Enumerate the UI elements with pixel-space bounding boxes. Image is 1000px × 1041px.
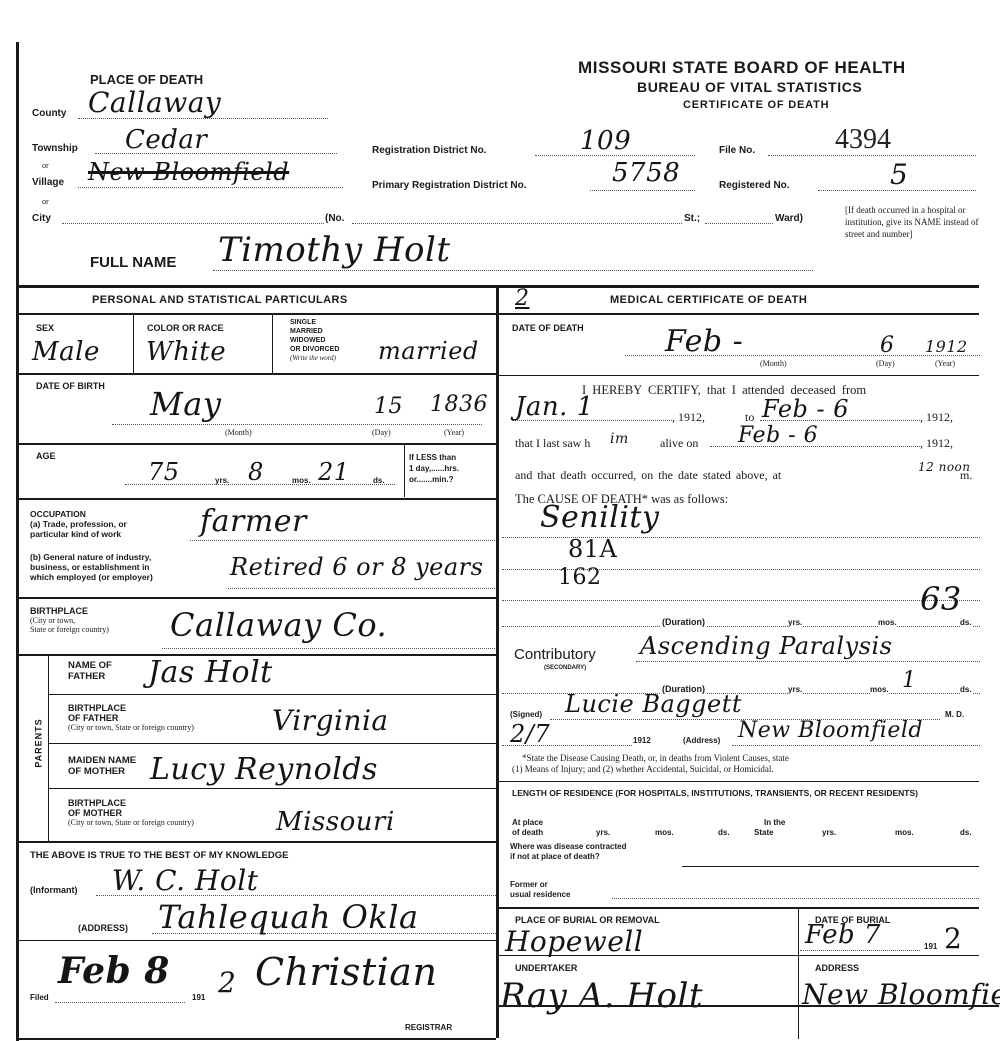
age-ds-label: ds. [373,476,385,485]
signed-address-label: (Address) [683,736,720,745]
at-place-labels: At place of death [512,818,543,838]
attended-from-year: , 1912, [672,410,705,425]
occupation-a-value[interactable]: farmer [200,504,307,539]
mother-birthplace-labels: BIRTHPLACE OF MOTHER (City or town, Stat… [68,798,194,828]
in-state-ds: ds. [960,828,972,837]
registration-district-value[interactable]: 109 [580,126,631,156]
father-labels: NAME OF FATHER [68,660,112,682]
birthplace-label: BIRTHPLACE [30,607,109,616]
less-than-line-1: If LESS than [409,452,459,463]
file-no-value[interactable]: 4394 [835,124,891,156]
dob-month-caption: (Month) [225,428,252,437]
or-label-1: or [42,161,49,170]
street-st-label: St.; [684,213,700,224]
in-state-label-2: State [754,828,785,838]
last-saw-year: , 1912, [920,436,953,451]
row-divider-1 [19,373,496,375]
village-label: Village [32,177,64,188]
dob-line [112,424,482,425]
township-value[interactable]: Cedar [125,125,207,155]
medical-title-divider [499,313,979,315]
township-label: Township [32,143,78,154]
burial-place-label: PLACE OF BURIAL OR REMOVAL [515,915,660,925]
row-divider-9 [19,841,496,843]
occupation-b-value[interactable]: Retired 6 or 8 years [230,553,483,581]
signed-date-value[interactable]: 2/7 [510,720,550,748]
ward-line [705,223,773,224]
medical-row-divider-1 [499,375,979,376]
row-divider-6 [48,694,496,695]
former-residence-labels: Former or usual residence [510,880,570,900]
county-value[interactable]: Callaway [88,86,221,119]
race-value[interactable]: White [146,337,226,367]
mother-birthplace-value[interactable]: Missouri [276,807,395,837]
contracted-labels: Where was disease contracted if not at p… [510,842,627,862]
place-of-death-heading: PLACE OF DEATH [90,72,203,87]
form-title: MISSOURI STATE BOARD OF HEALTH [578,58,906,78]
birthplace-sub-2: State or foreign country) [30,625,109,634]
bottom-divider-right [499,1005,999,1007]
burial-year-value[interactable]: 2 [944,922,962,955]
race-label: COLOR OR RACE [147,323,224,333]
md-label: M. D. [945,710,964,719]
cause-code-2[interactable]: 162 [558,565,602,590]
mother-bp-label-1: BIRTHPLACE [68,798,194,808]
burial-date-value[interactable]: Feb 7 [805,920,881,950]
row-divider-8 [48,788,496,789]
informant-address-label: (ADDRESS) [78,923,128,933]
birthplace-labels: BIRTHPLACE (City or town, State or forei… [30,607,109,634]
occupation-labels: OCCUPATION (a) Trade, profession, or par… [30,509,127,539]
mother-label-1: MAIDEN NAME [68,755,136,766]
undertaker-value[interactable]: Ray A. Holt [500,976,703,1016]
sex-race-divider [133,315,134,373]
filed-year-prefix: 191 [192,993,205,1002]
contracted-label-2: if not at place of death? [510,852,627,862]
at-place-label-2: of death [512,828,543,838]
father-value[interactable]: Jas Holt [148,655,273,690]
dob-day[interactable]: 15 [374,394,403,419]
age-years[interactable]: 75 [148,458,180,486]
occupation-a-line [190,540,495,541]
filed-year-value[interactable]: 2 [218,966,236,999]
parents-divider [48,656,49,841]
marital-single: SINGLE [290,318,339,327]
row-divider-10 [19,940,496,941]
parents-label: PARENTS [34,718,44,767]
occurred-suffix: m. [960,468,972,483]
hospital-note: [If death occurred in a hospital or inst… [845,204,980,240]
city-label: City [32,213,51,224]
attended-to-value[interactable]: Feb - 6 [762,395,849,423]
father-label-1: NAME OF [68,660,112,671]
dob-label: DATE OF BIRTH [36,381,105,391]
at-place-ds: ds. [718,828,730,837]
dob-month[interactable]: May [150,385,221,423]
burial-divider [798,909,799,1039]
contracted-label-1: Where was disease contracted [510,842,627,852]
occupation-b-label-1: (b) General nature of industry, [30,552,153,562]
form-name: CERTIFICATE OF DEATH [683,99,829,111]
signed-value[interactable]: Lucie Baggett [565,690,742,718]
contributory-label: Contributory [514,646,596,663]
city-line [62,223,324,224]
filed-date-value[interactable]: Feb 8 [58,950,170,992]
dod-label: DATE OF DEATH [512,323,584,333]
burial-place-value[interactable]: Hopewell [505,925,643,958]
at-place-yrs: yrs. [596,828,610,837]
left-border [16,42,19,1041]
county-label: County [32,108,66,119]
full-name-line [213,270,813,271]
marital-options: SINGLE MARRIED WIDOWED OR DIVORCED (Writ… [290,318,339,363]
duration-label: (Duration) [660,617,707,627]
personal-title-divider [19,313,496,315]
informant-address-value[interactable]: Tahlequah Okla [158,898,419,936]
occupation-label: OCCUPATION [30,509,127,519]
less-than-note: If LESS than 1 day,......hrs. or.......m… [409,452,459,485]
contributory-ds-label: ds. [960,685,972,694]
occupation-b-labels: (b) General nature of industry, business… [30,552,153,582]
mother-labels: MAIDEN NAME OF MOTHER [68,755,136,777]
father-bp-label-1: BIRTHPLACE [68,703,194,713]
marital-value[interactable]: married [378,337,479,365]
last-saw-pronoun[interactable]: im [610,431,629,447]
sex-value[interactable]: Male [32,337,100,367]
age-mos-label: mos. [292,476,311,485]
cause-line-3 [502,600,980,601]
signed-label: (Signed) [510,710,542,719]
contributory-line [636,661,980,662]
registrar-label: REGISTRAR [405,1023,452,1032]
cause-value[interactable]: Senility [540,500,659,535]
residence-title: LENGTH OF RESIDENCE (FOR HOSPITALS, INST… [512,788,982,798]
burial-date-line [800,950,920,951]
full-name-value[interactable]: Timothy Holt [218,230,451,270]
primary-registration-label: Primary Registration District No. [372,180,526,191]
footnote-line-2: (1) Means of Injury; and (2) whether Acc… [512,764,789,775]
alive-on-text: alive on [660,436,698,451]
signed-address-value[interactable]: New Bloomfield [738,718,923,743]
father-bp-label-3: (City or town, State or foreign country) [68,723,194,733]
registered-no-label: Registered No. [719,180,790,191]
medical-row-divider-3 [499,907,979,909]
burial-row-divider [499,955,979,956]
dod-month-caption: (Month) [760,359,787,368]
former-label-2: usual residence [510,890,570,900]
informant-label: (Informant) [30,885,78,895]
filed-date-line [55,1002,185,1003]
signed-year-value[interactable]: 1912 [633,736,651,745]
personal-section-title: PERSONAL AND STATISTICAL PARTICULARS [92,294,348,306]
row-divider-7 [48,743,496,744]
birthplace-line [162,648,495,649]
dob-day-caption: (Day) [372,428,391,437]
contributory-duration-mos[interactable]: 1 [902,668,917,693]
medical-section-title: MEDICAL CERTIFICATE OF DEATH [610,294,807,306]
undertaker-label: UNDERTAKER [515,963,577,973]
at-place-label-1: At place [512,818,543,828]
father-label-2: FATHER [68,671,112,682]
occupation-a-label-2: particular kind of work [30,529,127,539]
contributory-mos-label: mos. [870,685,889,694]
street-no-label: (No. [325,213,344,224]
age-days[interactable]: 21 [318,458,350,486]
bottom-divider-left [19,1038,496,1040]
form-subtitle: BUREAU OF VITAL STATISTICS [637,79,862,95]
less-than-divider [404,445,405,497]
less-than-line-3: or.......min.? [409,474,459,485]
father-birthplace-labels: BIRTHPLACE OF FATHER (City or town, Stat… [68,703,194,733]
occupation-a-label-1: (a) Trade, profession, or [30,519,127,529]
primary-registration-line [590,190,695,191]
in-state-yrs: yrs. [822,828,836,837]
birthplace-value[interactable]: Callaway Co. [170,606,387,644]
marital-divorced: OR DIVORCED [290,345,339,354]
contributory-value[interactable]: Ascending Paralysis [640,632,892,660]
informant-value[interactable]: W. C. Holt [112,864,258,897]
file-no-label: File No. [719,145,755,156]
age-yrs-label: yrs. [215,476,229,485]
medical-section-number: 2 [515,286,530,311]
mother-bp-label-2: OF MOTHER [68,808,194,818]
registered-no-value[interactable]: 5 [890,158,908,191]
full-name-label: FULL NAME [90,254,176,271]
less-than-line-2: 1 day,......hrs. [409,463,459,474]
sex-label: SEX [36,323,54,333]
last-saw-date[interactable]: Feb - 6 [738,423,818,448]
cause-code-1[interactable]: 81A [568,535,617,563]
father-bp-label-2: OF FATHER [68,713,194,723]
row-divider-3 [19,498,496,500]
contributory-yrs-label: yrs. [788,685,802,694]
age-months[interactable]: 8 [248,458,264,486]
mother-value[interactable]: Lucy Reynolds [150,752,378,787]
center-divider [496,288,499,1038]
dob-year-caption: (Year) [444,428,464,437]
marital-widowed: WIDOWED [290,336,339,345]
informant-statement: THE ABOVE IS TRUE TO THE BEST OF MY KNOW… [30,850,288,861]
age-label: AGE [36,451,56,461]
medical-footnote: *State the Disease Causing Death, or, in… [512,753,789,775]
street-line [352,223,682,224]
duration-line [502,626,980,627]
duration-mos-label: mos. [878,618,897,627]
registrar-value[interactable]: Christian [255,950,437,994]
attended-from-value[interactable]: Jan. 1 [515,392,594,422]
registration-district-label: Registration District No. [372,145,486,156]
marital-married: MARRIED [290,327,339,336]
marital-note: (Write the word) [290,354,339,363]
row-divider-2 [19,443,496,445]
footnote-line-1: *State the Disease Causing Death, or, in… [512,753,789,764]
mother-bp-label-3: (City or town, State or foreign country) [68,818,194,828]
attended-to-year: , 1912, [920,410,953,425]
primary-registration-value[interactable]: 5758 [612,158,680,188]
in-state-mos: mos. [895,828,914,837]
secondary-label: (SECONDARY) [544,665,586,671]
duration-ds-label: ds. [960,618,972,627]
contracted-line [682,866,979,867]
header-divider [19,285,979,288]
former-label-1: Former or [510,880,570,890]
undertaker-address-label: ADDRESS [815,963,859,973]
dod-day-caption: (Day) [876,359,895,368]
occupation-b-label-3: which employed (or employer) [30,572,153,582]
at-place-mos: mos. [655,828,674,837]
birthplace-sub-1: (City or town, [30,616,109,625]
former-residence-line [612,898,979,899]
dod-year-caption: (Year) [935,359,955,368]
ward-label: Ward) [775,213,803,224]
village-line [78,187,343,188]
dob-year[interactable]: 1836 [430,392,488,417]
dod-day[interactable]: 6 [880,333,895,358]
duration-days[interactable]: 63 [920,580,962,618]
dod-year[interactable]: 1912 [925,337,968,356]
last-saw-text: that I last saw h [515,436,590,451]
race-marital-divider [272,315,273,373]
row-divider-4 [19,597,496,599]
dod-month[interactable]: Feb - [665,324,743,359]
burial-year-prefix: 191 [924,942,937,951]
filed-label: Filed [30,993,49,1002]
signed-address-line [732,745,980,746]
father-birthplace-value[interactable]: Virginia [272,704,389,737]
medical-row-divider-2 [499,781,979,782]
occupation-b-line [228,588,495,589]
in-state-label-1: In the [754,818,785,828]
occupation-b-label-2: business, or establishment in [30,562,153,572]
or-label-2: or [42,197,49,206]
occurred-text: and that death occurred, on the date sta… [515,468,781,483]
duration-yrs-label: yrs. [788,618,802,627]
mother-label-2: OF MOTHER [68,766,136,777]
in-state-labels: In the State [754,818,785,838]
village-value[interactable]: New Bloomfield [88,158,289,186]
